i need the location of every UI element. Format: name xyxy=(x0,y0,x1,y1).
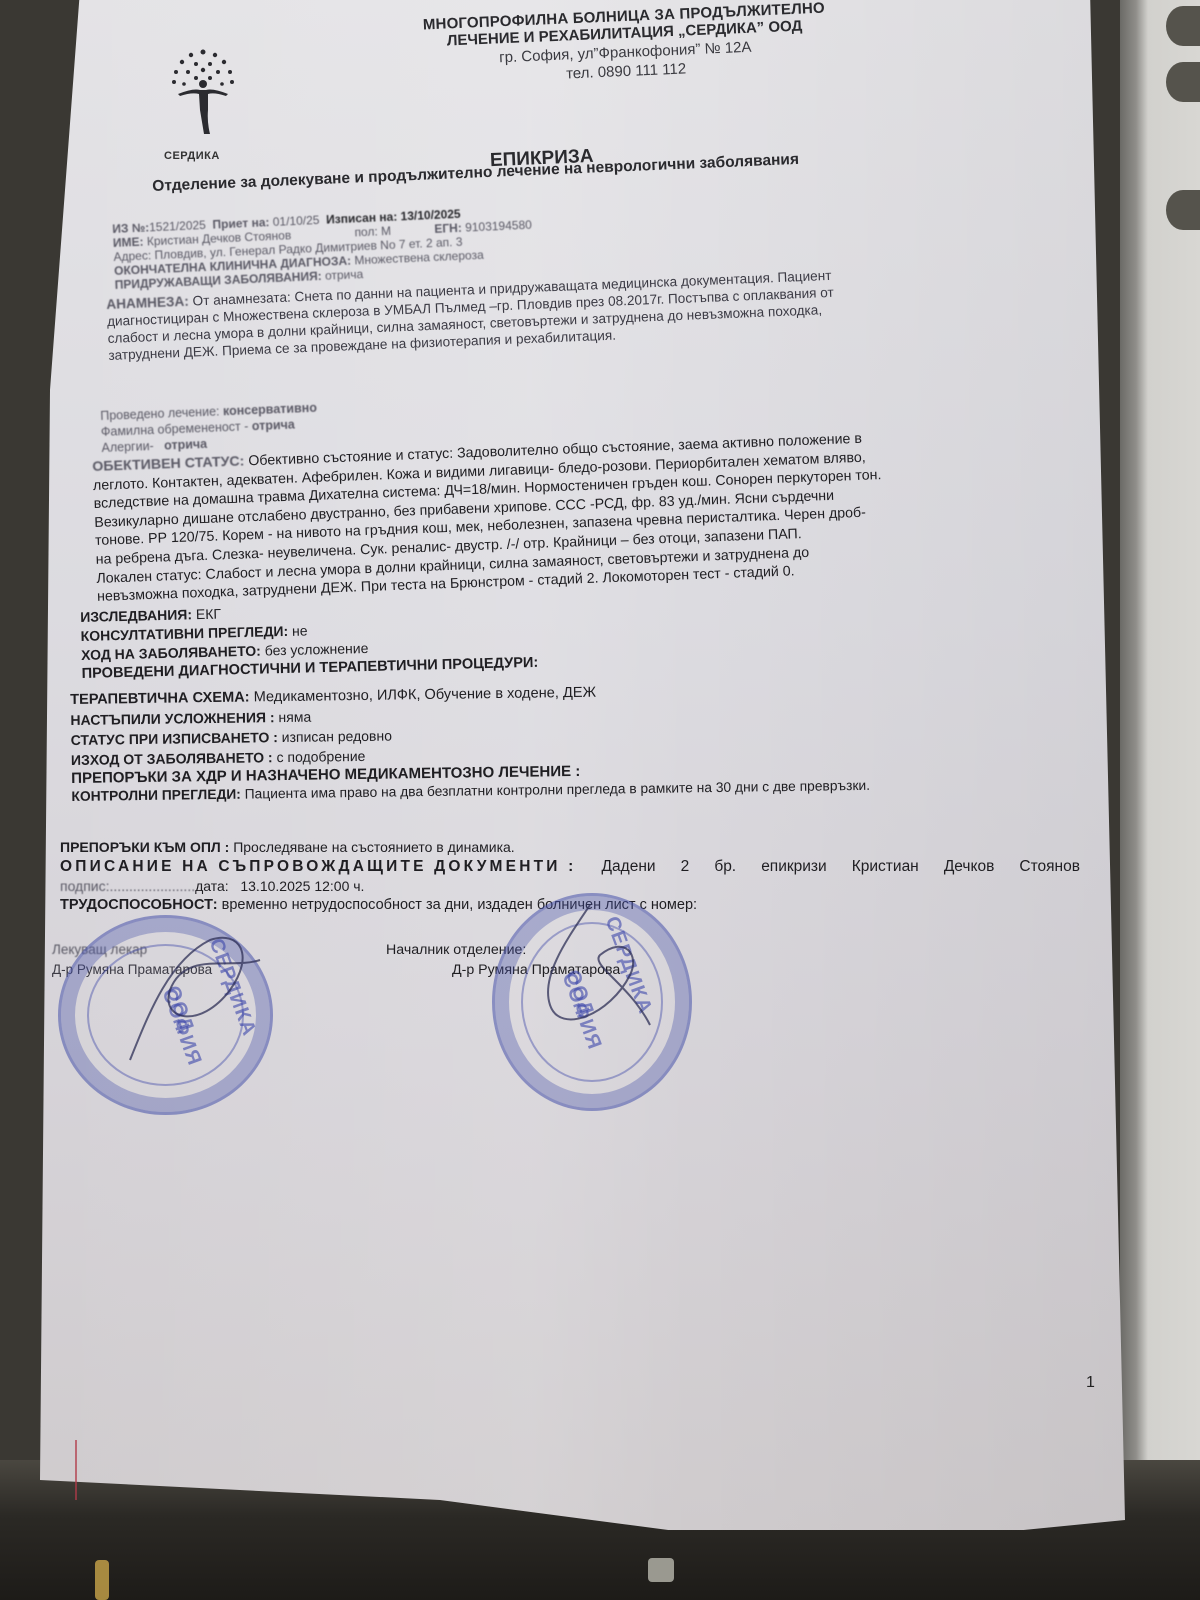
gp-label: ПРЕПОРЪКИ КЪМ ОПЛ : xyxy=(60,839,229,855)
hospital-stamp: СЕРДИКА ООД СОФИЯ xyxy=(492,893,692,1111)
sex-value: М xyxy=(381,224,392,238)
treatment-info: Проведено лечение: консервативно Фамилна… xyxy=(100,400,318,456)
documents-word: епикризи xyxy=(761,857,827,877)
section-value: Медикаментозно, ИЛФК, Обучение в ходене,… xyxy=(254,685,597,706)
gp-value: Проследяване на състоянието в динамика. xyxy=(233,839,514,855)
ink-mark xyxy=(75,1440,77,1500)
egn-label: ЕГН: xyxy=(434,221,462,236)
section-value: изписан редовно xyxy=(282,728,392,746)
section-value: с подобрение xyxy=(276,748,365,765)
allergies-value: отрича xyxy=(164,437,207,453)
section-value: няма xyxy=(278,709,311,725)
work-capacity-label: ТРУДОСПОСОБНОСТ: xyxy=(60,897,218,913)
section-label: НАСТЪПИЛИ УСЛОЖНЕНИЯ : xyxy=(70,709,274,728)
exam-sections: ИЗСЛЕДВАНИЯ: ЕКГ КОНСУЛТАТИВНИ ПРЕГЛЕДИ:… xyxy=(80,597,539,684)
date-value: 13.10.2025 12:00 ч. xyxy=(240,878,364,894)
signature-date-row: подпис:......................дата: 13.10… xyxy=(60,877,1080,895)
therapy-sections: ТЕРАПЕВТИЧНА СХЕМА: Медикаментозно, ИЛФК… xyxy=(70,679,870,806)
logo-text: СЕРДИКА xyxy=(164,150,220,162)
gp-recommendations: ПРЕПОРЪКИ КЪМ ОПЛ : Проследяване на съст… xyxy=(60,838,1080,857)
patient-info: ИЗ №:1521/2025 Приет на: 01/10/25 Изписа… xyxy=(112,204,534,292)
section-label: ИЗСЛЕДВАНИЯ: xyxy=(80,606,192,625)
section-label: ХОД НА ЗАБОЛЯВАНЕТО: xyxy=(81,643,261,663)
accompanying-value: отрича xyxy=(325,267,364,283)
documents-word: Кристиан xyxy=(852,857,919,877)
signature-dots: ...................... xyxy=(110,878,196,894)
sex-label: пол: xyxy=(354,224,378,239)
documents-row: ОПИСАНИЕ НА СЪПРОВОЖДАЩИТЕ ДОКУМЕНТИ : Д… xyxy=(60,857,1080,877)
date-label: дата: xyxy=(195,878,229,894)
documents-word: Дечков xyxy=(944,857,995,877)
section-value: не xyxy=(292,622,308,638)
documents-word: бр. xyxy=(714,857,736,877)
epicrisis-document: СЕРДИКА МНОГОПРОФИЛНА БОЛНИЦА ЗА ПРОДЪЛЖ… xyxy=(0,0,1200,1600)
tree-person-logo-icon xyxy=(158,44,248,144)
documents-word: 2 xyxy=(681,857,690,877)
documents-label: ОПИСАНИЕ НА СЪПРОВОЖДАЩИТЕ ДОКУМЕНТИ : xyxy=(60,857,576,877)
section-value: без усложнение xyxy=(265,640,369,659)
hospital-logo: СЕРДИКА xyxy=(158,44,258,164)
family-value: отрича xyxy=(252,418,295,434)
signature-label: подпис: xyxy=(60,878,110,894)
section-label: ИЗХОД ОТ ЗАБОЛЯВАНЕТО : xyxy=(71,749,273,768)
hospital-header: МНОГОПРОФИЛНА БОЛНИЦА ЗА ПРОДЪЛЖИТЕЛНО Л… xyxy=(399,0,852,89)
page-number: 1 xyxy=(1086,1374,1095,1392)
section-label: КОНТРОЛНИ ПРЕГЛЕДИ: xyxy=(71,787,241,804)
section-label: ТЕРАПЕВТИЧНА СХЕМА: xyxy=(70,689,250,708)
hospital-stamp: СЕРДИКА ООД СОФИЯ xyxy=(58,915,273,1115)
section-label: СТАТУС ПРИ ИЗПИСВАНЕТО : xyxy=(71,729,278,748)
name-label: ИМЕ: xyxy=(113,235,144,250)
section-value: ЕКГ xyxy=(196,606,221,623)
allergies-label: Алергии- xyxy=(101,439,154,455)
objective-status: ОБЕКТИВЕН СТАТУС: Обективно състояние и … xyxy=(92,429,885,607)
documents-word: Стоянов xyxy=(1019,857,1080,877)
documents-word: Дадени xyxy=(602,857,656,877)
